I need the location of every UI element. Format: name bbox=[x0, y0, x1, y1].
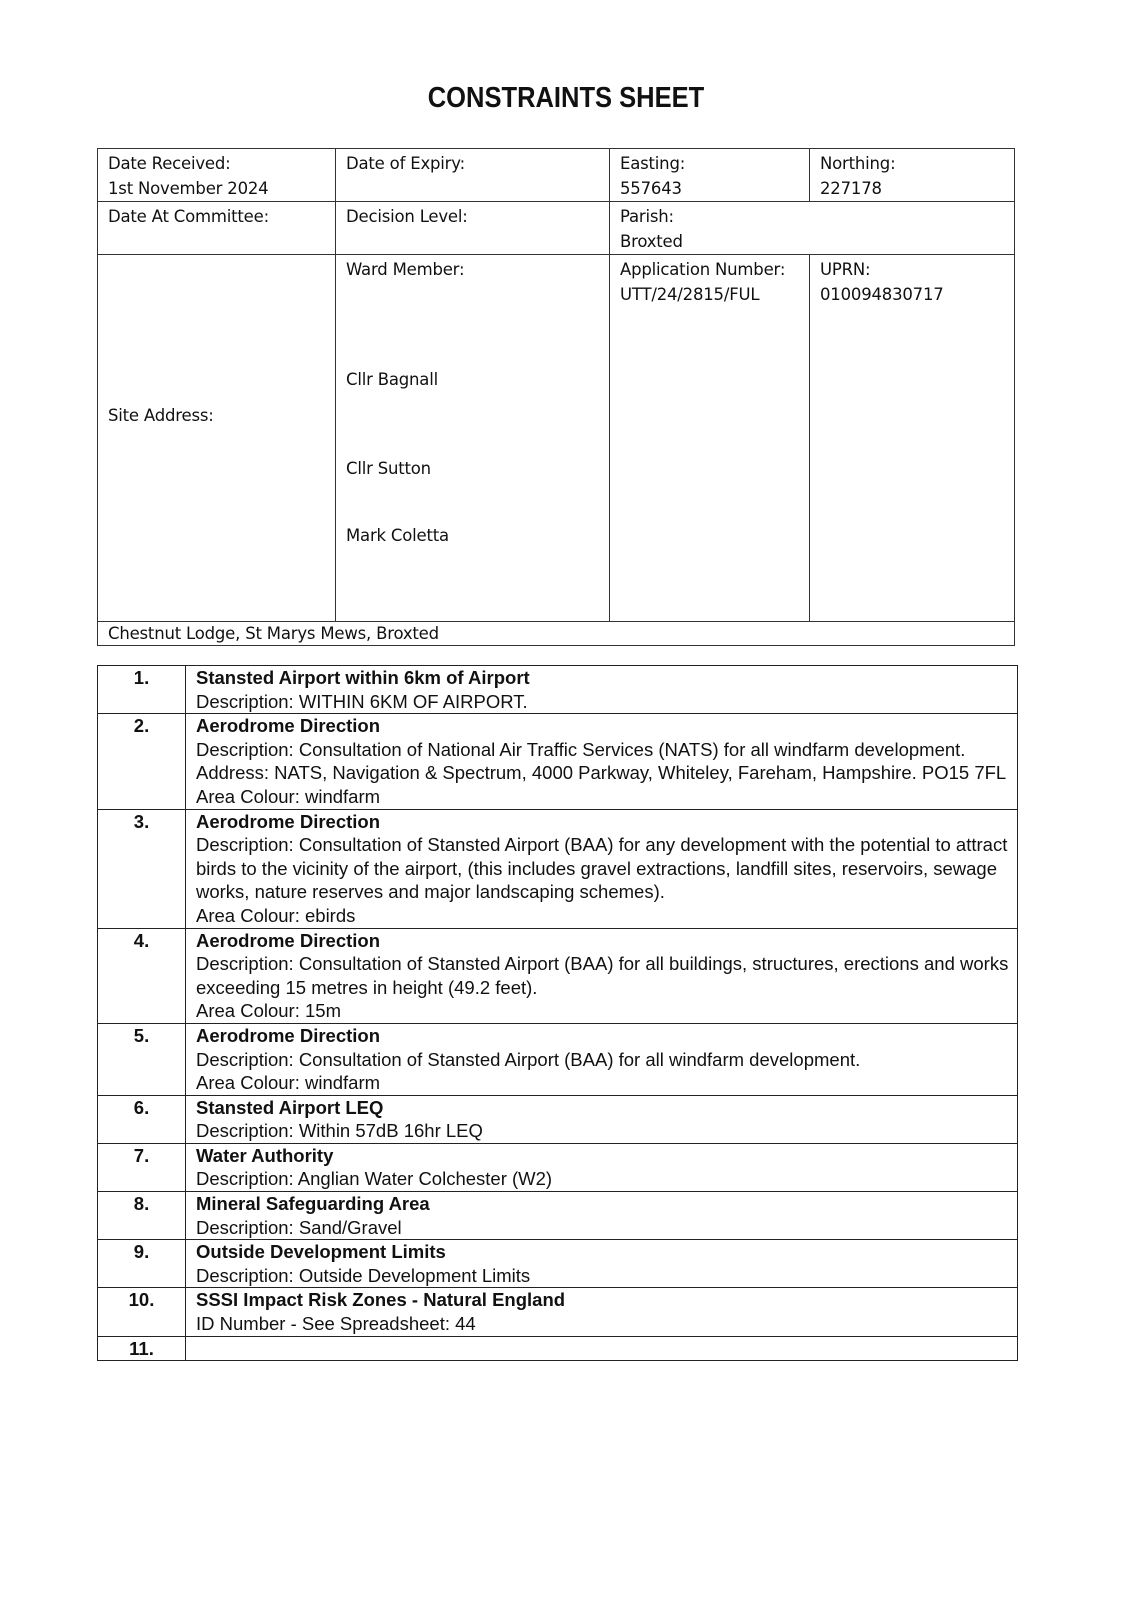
constraint-detail-line: Address: NATS, Navigation & Spectrum, 40… bbox=[196, 761, 1011, 785]
parish-cell: Parish: Broxted bbox=[610, 202, 1015, 255]
site-address-value-cell: Chestnut Lodge, St Marys Mews, Broxted bbox=[98, 622, 1015, 646]
application-number-label: Application Number: bbox=[620, 257, 799, 282]
constraint-details: Aerodrome DirectionDescription: Consulta… bbox=[186, 809, 1018, 928]
constraint-row: 4.Aerodrome DirectionDescription: Consul… bbox=[98, 928, 1018, 1023]
constraint-number: 2. bbox=[98, 714, 186, 809]
constraint-detail-line: Area Colour: windfarm bbox=[196, 1071, 1011, 1095]
constraint-detail-line: Description: Within 57dB 16hr LEQ bbox=[196, 1119, 1011, 1143]
constraint-detail-line: ID Number - See Spreadsheet: 44 bbox=[196, 1312, 1011, 1336]
constraint-title: Aerodrome Direction bbox=[196, 810, 1011, 834]
constraint-number: 4. bbox=[98, 928, 186, 1023]
constraint-row: 7.Water AuthorityDescription: Anglian Wa… bbox=[98, 1143, 1018, 1191]
northing-value: 227178 bbox=[820, 176, 1004, 201]
application-info-table: Date Received: 1st November 2024 Date of… bbox=[97, 148, 1015, 646]
constraint-number: 1. bbox=[98, 666, 186, 714]
ward-member-2: Cllr Sutton bbox=[346, 456, 599, 481]
constraint-title: Stansted Airport LEQ bbox=[196, 1096, 1011, 1120]
site-address-value: Chestnut Lodge, St Marys Mews, Broxted bbox=[108, 623, 1004, 645]
constraint-row: 6.Stansted Airport LEQDescription: Withi… bbox=[98, 1095, 1018, 1143]
easting-label: Easting: bbox=[620, 151, 799, 176]
constraint-title: Outside Development Limits bbox=[196, 1240, 1011, 1264]
constraint-row: 2.Aerodrome DirectionDescription: Consul… bbox=[98, 714, 1018, 809]
constraint-number: 8. bbox=[98, 1192, 186, 1240]
constraint-detail-line: Description: WITHIN 6KM OF AIRPORT. bbox=[196, 690, 1011, 714]
date-received-cell: Date Received: 1st November 2024 bbox=[98, 149, 336, 202]
constraint-detail-line: Area Colour: ebirds bbox=[196, 904, 1011, 928]
easting-value: 557643 bbox=[620, 176, 799, 201]
application-number-cell: Application Number: UTT/24/2815/FUL bbox=[610, 255, 810, 622]
constraint-details: Aerodrome DirectionDescription: Consulta… bbox=[186, 928, 1018, 1023]
ward-member-label: Ward Member: bbox=[346, 257, 599, 282]
decision-level-cell: Decision Level: bbox=[336, 202, 610, 255]
constraint-detail-line: Area Colour: windfarm bbox=[196, 785, 1011, 809]
constraint-details: Stansted Airport within 6km of AirportDe… bbox=[186, 666, 1018, 714]
constraint-title: SSSI Impact Risk Zones - Natural England bbox=[196, 1288, 1011, 1312]
constraint-detail-line: Description: Anglian Water Colchester (W… bbox=[196, 1167, 1011, 1191]
site-address-label: Site Address: bbox=[108, 403, 325, 428]
site-address-label-cell: Site Address: bbox=[98, 255, 336, 622]
constraint-row: 11. bbox=[98, 1336, 1018, 1361]
constraint-details: SSSI Impact Risk Zones - Natural England… bbox=[186, 1288, 1018, 1336]
uprn-value: 010094830717 bbox=[820, 282, 1004, 307]
constraint-row: 9.Outside Development LimitsDescription:… bbox=[98, 1240, 1018, 1288]
ward-member-1: Cllr Bagnall bbox=[346, 367, 599, 392]
constraint-row: 5.Aerodrome DirectionDescription: Consul… bbox=[98, 1023, 1018, 1095]
date-at-committee-label: Date At Committee: bbox=[108, 204, 325, 229]
constraint-number: 9. bbox=[98, 1240, 186, 1288]
date-of-expiry-cell: Date of Expiry: bbox=[336, 149, 610, 202]
constraint-row: 1.Stansted Airport within 6km of Airport… bbox=[98, 666, 1018, 714]
constraint-number: 5. bbox=[98, 1023, 186, 1095]
ward-member-3: Mark Coletta bbox=[346, 523, 599, 548]
application-number-value: UTT/24/2815/FUL bbox=[620, 282, 799, 307]
constraint-row: 3.Aerodrome DirectionDescription: Consul… bbox=[98, 809, 1018, 928]
easting-cell: Easting: 557643 bbox=[610, 149, 810, 202]
constraint-details: Aerodrome DirectionDescription: Consulta… bbox=[186, 1023, 1018, 1095]
constraint-detail-line: Description: Consultation of National Ai… bbox=[196, 738, 1011, 762]
constraint-details: Stansted Airport LEQDescription: Within … bbox=[186, 1095, 1018, 1143]
constraint-title: Aerodrome Direction bbox=[196, 714, 1011, 738]
northing-label: Northing: bbox=[820, 151, 1004, 176]
constraints-table: 1.Stansted Airport within 6km of Airport… bbox=[97, 665, 1018, 1361]
constraint-title: Mineral Safeguarding Area bbox=[196, 1192, 1011, 1216]
date-received-label: Date Received: bbox=[108, 151, 325, 176]
constraint-detail-line: Area Colour: 15m bbox=[196, 999, 1011, 1023]
constraint-title: Aerodrome Direction bbox=[196, 929, 1011, 953]
parish-label: Parish: bbox=[620, 204, 1004, 229]
constraint-row: 8.Mineral Safeguarding AreaDescription: … bbox=[98, 1192, 1018, 1240]
constraint-row: 10.SSSI Impact Risk Zones - Natural Engl… bbox=[98, 1288, 1018, 1336]
constraint-details bbox=[186, 1336, 1018, 1361]
constraint-title: Aerodrome Direction bbox=[196, 1024, 1011, 1048]
uprn-cell: UPRN: 010094830717 bbox=[810, 255, 1015, 622]
constraint-details: Outside Development LimitsDescription: O… bbox=[186, 1240, 1018, 1288]
constraint-number: 6. bbox=[98, 1095, 186, 1143]
constraint-detail-line: Description: Consultation of Stansted Ai… bbox=[196, 1048, 1011, 1072]
constraint-title: Stansted Airport within 6km of Airport bbox=[196, 666, 1011, 690]
constraint-detail-line: Description: Outside Development Limits bbox=[196, 1264, 1011, 1288]
constraint-number: 3. bbox=[98, 809, 186, 928]
constraint-number: 7. bbox=[98, 1143, 186, 1191]
northing-cell: Northing: 227178 bbox=[810, 149, 1015, 202]
constraint-number: 11. bbox=[98, 1336, 186, 1361]
constraint-details: Water AuthorityDescription: Anglian Wate… bbox=[186, 1143, 1018, 1191]
constraint-number: 10. bbox=[98, 1288, 186, 1336]
decision-level-label: Decision Level: bbox=[346, 204, 599, 229]
constraint-detail-line: Description: Sand/Gravel bbox=[196, 1216, 1011, 1240]
ward-member-cell: Ward Member: Cllr Bagnall Cllr Sutton Ma… bbox=[336, 255, 610, 622]
constraint-detail-line: Description: Consultation of Stansted Ai… bbox=[196, 952, 1011, 999]
date-received-value: 1st November 2024 bbox=[108, 176, 325, 201]
uprn-label: UPRN: bbox=[820, 257, 1004, 282]
constraint-title: Water Authority bbox=[196, 1144, 1011, 1168]
constraint-detail-line: Description: Consultation of Stansted Ai… bbox=[196, 833, 1011, 904]
date-at-committee-cell: Date At Committee: bbox=[98, 202, 336, 255]
parish-value: Broxted bbox=[620, 229, 1004, 254]
constraint-details: Aerodrome DirectionDescription: Consulta… bbox=[186, 714, 1018, 809]
constraint-details: Mineral Safeguarding AreaDescription: Sa… bbox=[186, 1192, 1018, 1240]
date-of-expiry-label: Date of Expiry: bbox=[346, 151, 599, 176]
page-title: CONSTRAINTS SHEET bbox=[68, 82, 1064, 115]
